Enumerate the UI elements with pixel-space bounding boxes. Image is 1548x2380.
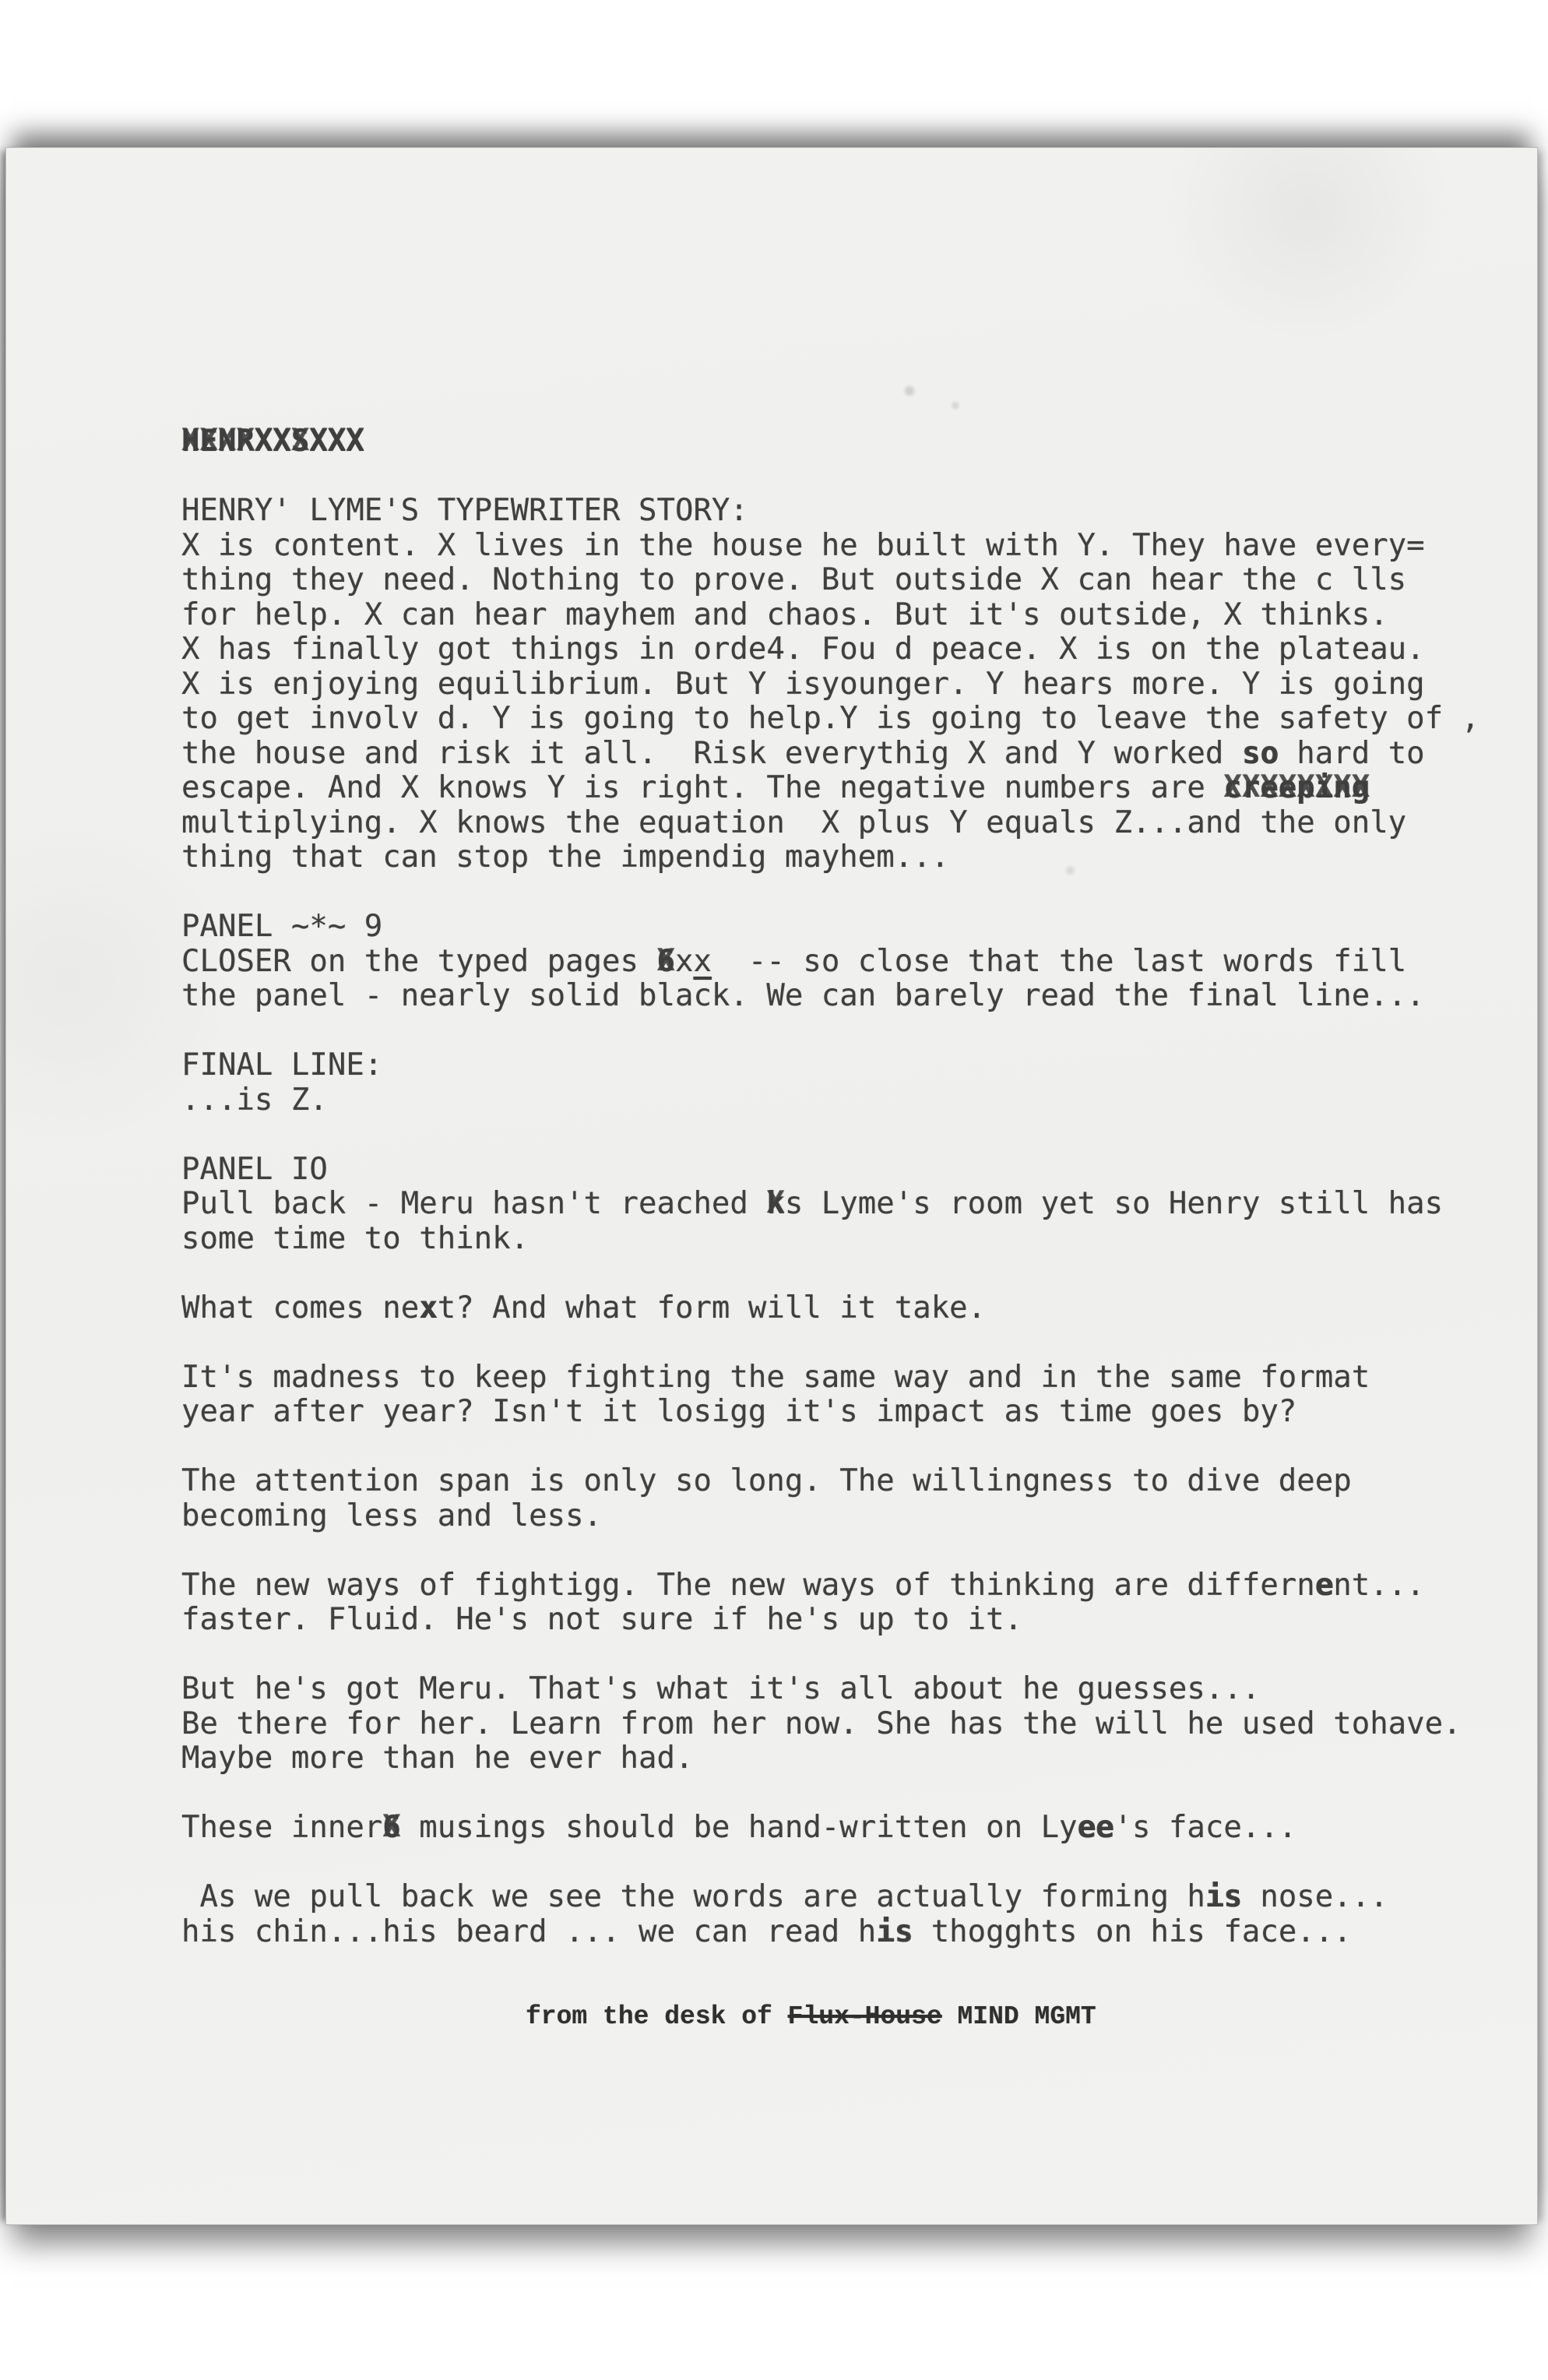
text-line: for help. X can hear mayhem and chaos. B… — [181, 598, 1490, 633]
text-line: What comes next? And what form will it t… — [181, 1291, 1490, 1326]
text-line: X is content. X lives in the house he bu… — [181, 529, 1490, 564]
text-line: some time to think. — [181, 1222, 1490, 1257]
paragraph: These innerX6 musings should be hand-wri… — [181, 1811, 1490, 1846]
paragraph: It's madness to keep fighting the same w… — [181, 1361, 1490, 1430]
text-line: The attention span is only so long. The … — [181, 1464, 1490, 1499]
text-line: faster. Fluid. He's not sure if he's up … — [181, 1603, 1490, 1638]
overstruck-text: XXXXXXXXXXHENRXXSXXX — [181, 424, 364, 459]
text-line: his chin...his beard ... we can read his… — [181, 1915, 1490, 1950]
overstrike-x-marks: X — [766, 1186, 784, 1221]
paragraph: FINAL LINE:...is Z. — [181, 1048, 1490, 1118]
text-line: As we pull back we see the words are act… — [181, 1880, 1490, 1915]
text-line: multiplying. X knows the equation X plus… — [181, 806, 1490, 841]
struck-through-text: Flux-House — [788, 2002, 942, 2031]
text-line: Maybe more than he ever had. — [181, 1741, 1490, 1776]
overstruck-text: X6 — [382, 1810, 400, 1845]
scanned-page: XXXXXXXXXXHENRXXSXXXHENRY' LYME'S TYPEWR… — [6, 148, 1537, 2224]
overstruck-text: X6 — [656, 944, 674, 979]
typewritten-text: XXXXXXXXXXHENRXXSXXXHENRY' LYME'S TYPEWR… — [181, 424, 1490, 1949]
footer-line: from the desk of Flux-House MIND MGMT — [526, 2002, 1490, 2031]
text-line: The new ways of fightigg. The new ways o… — [181, 1568, 1490, 1604]
overstrike-x-marks: X — [656, 944, 674, 979]
double-struck-text: is — [876, 1914, 913, 1949]
text-line: to get involv d. Y is going to help.Y is… — [181, 702, 1490, 737]
text-line: escape. And X knows Y is right. The nega… — [181, 771, 1490, 806]
text-line: X is enjoying equilibrium. But Y isyoung… — [181, 667, 1490, 702]
text-line: the panel - nearly solid black. We can b… — [181, 979, 1490, 1014]
text-line: But he's got Meru. That's what it's all … — [181, 1672, 1490, 1707]
overstruck-text: Xk — [766, 1186, 784, 1221]
text-line: Be there for her. Learn from her now. Sh… — [181, 1707, 1490, 1742]
text-line: XXXXXXXXXXHENRXXSXXX — [181, 424, 1490, 459]
paragraph: PANEL ~*~ 9CLOSER on the typed pages X6x… — [181, 910, 1490, 1014]
paragraph: XXXXXXXXXXHENRXXSXXX — [181, 424, 1490, 459]
paragraph: The new ways of fightigg. The new ways o… — [181, 1568, 1490, 1638]
text-line: year after year? Isn't it losigg it's im… — [181, 1395, 1490, 1430]
text-line: X has finally got things in orde4. Fou d… — [181, 632, 1490, 667]
double-struck-text: e — [1315, 1568, 1333, 1603]
overstrike-x-marks: X — [382, 1810, 400, 1845]
text-line: ...is Z. — [181, 1083, 1490, 1118]
paragraph: PANEL IOPull back - Meru hasn't reached … — [181, 1153, 1490, 1257]
paragraph: But he's got Meru. That's what it's all … — [181, 1672, 1490, 1776]
text-line: the house and risk it all. Risk everythi… — [181, 737, 1490, 772]
text-line: PANEL IO — [181, 1153, 1490, 1188]
text-line: thing that can stop the impendig mayhem.… — [181, 840, 1490, 875]
overstrike-x-marks: XXXXXXXX — [1223, 770, 1370, 805]
double-struck-text: is — [1205, 1879, 1242, 1914]
text-line: Pull back - Meru hasn't reached Xks Lyme… — [181, 1187, 1490, 1222]
text-line: It's madness to keep fighting the same w… — [181, 1361, 1490, 1396]
text-line: HENRY' LYME'S TYPEWRITER STORY: — [181, 494, 1490, 529]
paragraph: HENRY' LYME'S TYPEWRITER STORY:X is cont… — [181, 494, 1490, 875]
overstruck-text: XXXXXXXXcreeping — [1223, 770, 1370, 805]
overstrike-x-marks: XXXXXXXXXX — [181, 424, 364, 459]
double-struck-text: x — [419, 1290, 437, 1326]
text-line: CLOSER on the typed pages X6xx -- so clo… — [181, 945, 1490, 980]
text-line: PANEL ~*~ 9 — [181, 910, 1490, 945]
text-line: becoming less and less. — [181, 1499, 1490, 1534]
double-struck-text: ee — [1078, 1810, 1114, 1845]
double-struck-text: so — [1242, 736, 1279, 771]
underscored-text: x — [693, 944, 711, 979]
text-line: FINAL LINE: — [181, 1048, 1490, 1083]
paragraph: As we pull back we see the words are act… — [181, 1880, 1490, 1949]
text-line: These innerX6 musings should be hand-wri… — [181, 1811, 1490, 1846]
paragraph: What comes next? And what form will it t… — [181, 1291, 1490, 1326]
text-line: thing they need. Nothing to prove. But o… — [181, 563, 1490, 598]
scan-background: { "colors":{ "ink":"#3f3f3f", "paper":"#… — [0, 0, 1548, 2380]
paragraph: The attention span is only so long. The … — [181, 1464, 1490, 1533]
